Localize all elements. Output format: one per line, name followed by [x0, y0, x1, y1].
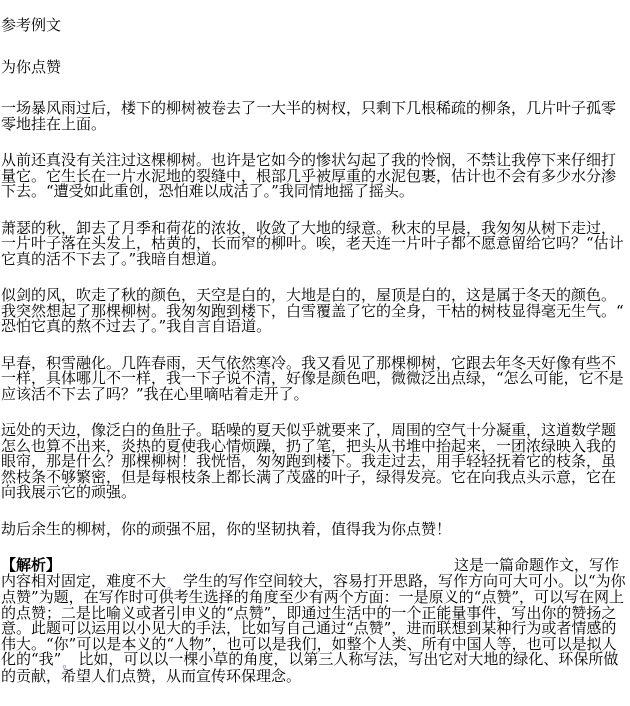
- essay-paragraph-2: 从前还真没有关注过这棵柳树。也许是它如今的惨状勾起了我的怜悯，不禁让我停下来仔细…: [1, 153, 630, 200]
- blue-period-mark-1: 。: [167, 579, 178, 592]
- analysis-section: 【解析】这是一篇命题作文，写作内容相对固定，难度不大。学生的写作空间较大，容易打…: [1, 558, 630, 684]
- essay-paragraph-3: 萧瑟的秋，卸去了月季和荷花的浓妆，收敛了大地的绿意。秋末的早晨，我匆匆从树下走过…: [1, 221, 630, 268]
- blue-period-mark-2: 。: [62, 657, 73, 670]
- essay-title: 为你点赞: [1, 60, 630, 76]
- essay-paragraph-5: 早春，积雪融化。几阵春雨，天气依然寒冷。我又看见了那棵柳树，它跟去年冬天好像有些…: [1, 356, 630, 403]
- analysis-text-segment-3: 比如，可以以一棵小草的角度，以第三人称写法，写出它对大地的绿化、环保所做的贡献，…: [1, 650, 618, 685]
- analysis-spacer: [61, 569, 454, 570]
- essay-paragraph-4: 似剑的风，吹走了秋的颜色，天空是白的，大地是白的，屋顶是白的，这是属于冬天的颜色…: [1, 288, 630, 335]
- essay-paragraph-7: 劫后余生的柳树，你的顽强不屈，你的坚韧执着，值得我为你点赞！: [1, 522, 630, 538]
- document-page: 参考例文 为你点赞 一场暴风雨过后，楼下的柳树被卷去了一大半的树杈，只剩下几根稀…: [0, 0, 630, 706]
- essay-paragraph-6: 远处的天边，像泛白的鱼肚子。聒噪的夏天似乎就要来了，周围的空气十分凝重，这道数学…: [1, 423, 630, 501]
- essay-paragraph-1: 一场暴风雨过后，楼下的柳树被卷去了一大半的树杈，只剩下几根稀疏的柳条，几片叶子孤…: [1, 101, 630, 132]
- reference-example-label: 参考例文: [1, 18, 630, 34]
